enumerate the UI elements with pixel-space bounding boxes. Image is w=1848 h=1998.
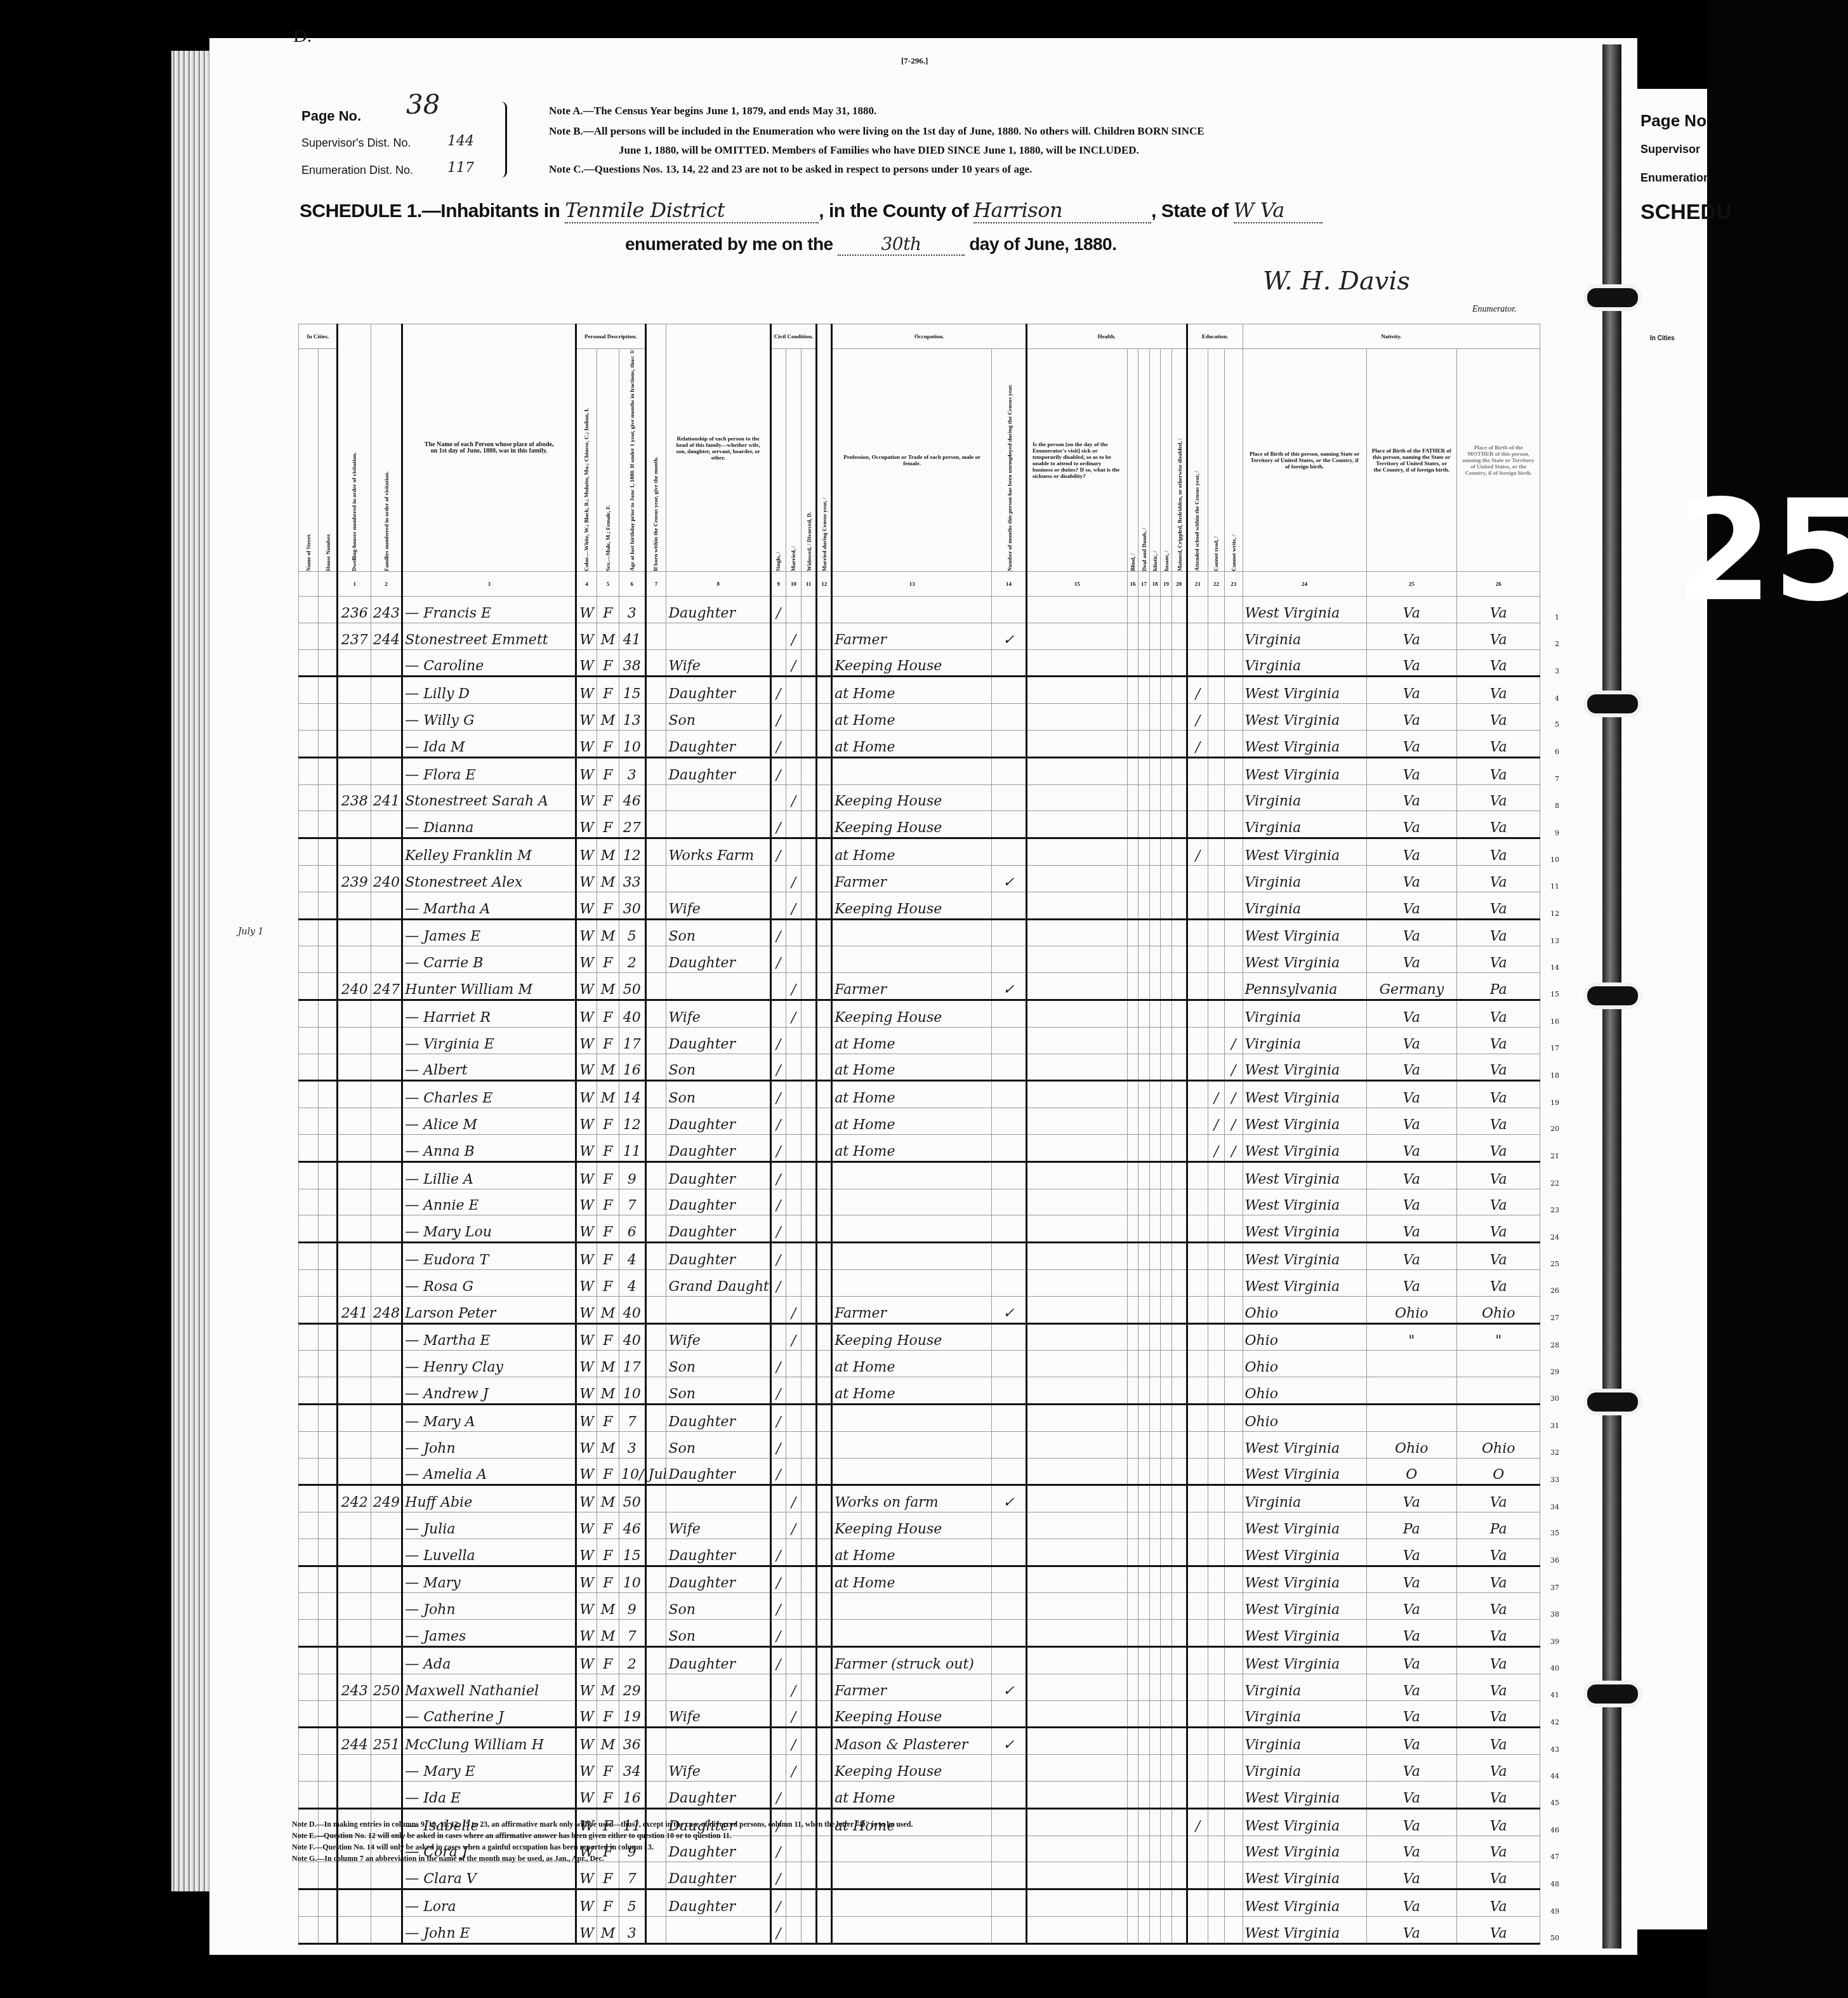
cell-name: — Lillie A xyxy=(402,1161,576,1189)
cell-line: 20 xyxy=(1540,1108,1561,1135)
cell-empty xyxy=(318,919,338,946)
cell-empty xyxy=(1127,649,1138,677)
cell-name: — Charles E xyxy=(402,1081,576,1108)
cell-unemployed xyxy=(992,677,1027,704)
cell-unemployed xyxy=(992,1862,1027,1889)
cell-empty xyxy=(318,1081,338,1108)
cell-empty xyxy=(801,597,816,623)
cell-empty xyxy=(1026,1782,1127,1809)
cell-cannot-read xyxy=(1208,1215,1224,1243)
cell-family xyxy=(371,1647,402,1674)
cell-empty xyxy=(318,597,338,623)
cell-empty xyxy=(801,1108,816,1135)
cell-mother: Va xyxy=(1456,1755,1540,1782)
cell-birth: Virginia xyxy=(1243,892,1366,919)
cell-empty xyxy=(801,1134,816,1161)
cell-empty xyxy=(1138,1377,1150,1405)
cell-empty xyxy=(1161,1700,1172,1728)
cell-name: — Ada xyxy=(402,1647,576,1674)
cell-relation xyxy=(666,811,770,838)
cell-father: Va xyxy=(1366,1889,1456,1917)
cell-sex: F xyxy=(597,946,619,973)
cell-name: — Anna B xyxy=(402,1134,576,1161)
cell-empty xyxy=(1138,784,1150,811)
cell-empty xyxy=(1026,1917,1127,1944)
col-22-header: Cannot read, / xyxy=(1208,349,1224,572)
cell-empty xyxy=(1127,1647,1138,1674)
cell-cannot-read xyxy=(1208,1674,1224,1700)
cell-name: — Francis E xyxy=(402,597,576,623)
cell-month xyxy=(645,1728,666,1755)
cell-empty xyxy=(318,1728,338,1755)
cell-school xyxy=(1187,649,1208,677)
cell-line: 44 xyxy=(1540,1755,1561,1782)
cell-married xyxy=(786,1215,801,1243)
cell-single xyxy=(770,1674,786,1700)
cell-cannot-write xyxy=(1225,1404,1243,1431)
cell-empty xyxy=(1026,730,1127,757)
cell-cannot-read xyxy=(1208,1755,1224,1782)
cell-age: 3 xyxy=(619,1917,645,1944)
cell-father xyxy=(1366,1377,1456,1405)
cell-name: — Henry Clay xyxy=(402,1351,576,1377)
cell-relation: Son xyxy=(666,1081,770,1108)
cell-empty xyxy=(1127,597,1138,623)
cell-relation: Son xyxy=(666,919,770,946)
cell-cannot-read xyxy=(1208,1917,1224,1944)
cell-mother: Va xyxy=(1456,1215,1540,1243)
cell-relation: Son xyxy=(666,1593,770,1620)
cell-empty xyxy=(1171,1000,1187,1027)
cell-father: Va xyxy=(1366,1485,1456,1512)
cell-single: / xyxy=(770,704,786,731)
cell-line: 15 xyxy=(1540,973,1561,1000)
cell-empty xyxy=(1161,1674,1172,1700)
cell-cannot-write xyxy=(1225,973,1243,1000)
cell-empty xyxy=(1161,1593,1172,1620)
col-num xyxy=(318,572,338,597)
cell-empty xyxy=(1138,946,1150,973)
page-no-label: Page No. xyxy=(301,108,361,124)
cell-empty xyxy=(1127,1538,1138,1566)
cell-empty xyxy=(1149,1620,1161,1647)
cell-cannot-read xyxy=(1208,1566,1224,1593)
cell-family: 248 xyxy=(371,1296,402,1323)
cell-empty xyxy=(1138,757,1150,784)
cell-family xyxy=(371,1431,402,1458)
cell-unemployed xyxy=(992,1081,1027,1108)
cell-sex: M xyxy=(597,704,619,731)
cell-empty xyxy=(299,946,319,973)
table-row: — Henry ClayWM17Son/at HomeOhio29 xyxy=(299,1351,1562,1377)
cell-cannot-read xyxy=(1208,1296,1224,1323)
cell-school xyxy=(1187,1054,1208,1081)
cell-empty xyxy=(1127,1674,1138,1700)
cell-dwelling xyxy=(338,1593,371,1620)
cell-age: 2 xyxy=(619,946,645,973)
cell-cannot-write: / xyxy=(1225,1134,1243,1161)
cell-father: Va xyxy=(1366,1081,1456,1108)
cell-relation xyxy=(666,1917,770,1944)
cell-mother xyxy=(1456,1377,1540,1405)
cell-relation xyxy=(666,865,770,892)
cell-occupation: at Home xyxy=(832,1782,992,1809)
cell-mother: Va xyxy=(1456,677,1540,704)
col-num: 22 xyxy=(1208,572,1224,597)
cell-married xyxy=(786,1889,801,1917)
cell-dwelling xyxy=(338,1377,371,1405)
cell-line: 13 xyxy=(1540,919,1561,946)
cell-color: W xyxy=(576,1755,597,1782)
cell-dwelling: 237 xyxy=(338,623,371,649)
cell-family xyxy=(371,1351,402,1377)
table-row: — Rosa GWF4Grand Daughter/West VirginiaV… xyxy=(299,1269,1562,1296)
cell-family xyxy=(371,1323,402,1351)
cell-month xyxy=(645,1431,666,1458)
table-row: 236243— Francis EWF3Daughter/West Virgin… xyxy=(299,597,1562,623)
cell-empty xyxy=(1149,1700,1161,1728)
cell-mother: Va xyxy=(1456,1485,1540,1512)
cell-cannot-write xyxy=(1225,730,1243,757)
cell-single: / xyxy=(770,1081,786,1108)
cell-married: / xyxy=(786,784,801,811)
cell-family: 243 xyxy=(371,597,402,623)
cell-father: Va xyxy=(1366,1134,1456,1161)
cell-empty xyxy=(801,1458,816,1485)
table-row: — Amelia AWF10/12JulyDaughter/West Virgi… xyxy=(299,1458,1562,1485)
table-row: — JohnWM3Son/West VirginiaOhioOhio32 xyxy=(299,1431,1562,1458)
cell-dwelling xyxy=(338,892,371,919)
cell-single: / xyxy=(770,1566,786,1593)
cell-birth: Ohio xyxy=(1243,1323,1366,1351)
cell-color: W xyxy=(576,1862,597,1889)
cell-empty xyxy=(318,865,338,892)
col-7-header: If born within the Census year, give the… xyxy=(645,324,666,572)
cell-relation xyxy=(666,1674,770,1700)
cell-father: Va xyxy=(1366,757,1456,784)
cell-cannot-read xyxy=(1208,1458,1224,1485)
cell-empty xyxy=(1138,1458,1150,1485)
cell-empty xyxy=(1149,1485,1161,1512)
cell-cannot-write: / xyxy=(1225,1054,1243,1081)
cell-mother: Va xyxy=(1456,1000,1540,1027)
cell-empty xyxy=(1149,649,1161,677)
cell-month xyxy=(645,1000,666,1027)
cell-empty xyxy=(801,865,816,892)
cell-empty xyxy=(1161,865,1172,892)
cell-month xyxy=(645,1134,666,1161)
cell-single xyxy=(770,1755,786,1782)
cell-empty xyxy=(1138,865,1150,892)
cell-empty xyxy=(817,1351,832,1377)
cell-cannot-write xyxy=(1225,1917,1243,1944)
cell-empty xyxy=(817,865,832,892)
cell-occupation xyxy=(832,1862,992,1889)
cell-sex: F xyxy=(597,1189,619,1215)
cell-single xyxy=(770,1296,786,1323)
cell-father: Va xyxy=(1366,1538,1456,1566)
cell-empty xyxy=(801,1728,816,1755)
cell-unemployed xyxy=(992,649,1027,677)
cell-birth: Virginia xyxy=(1243,649,1366,677)
cell-line: 8 xyxy=(1540,784,1561,811)
cell-cannot-read xyxy=(1208,730,1224,757)
cell-unemployed xyxy=(992,1836,1027,1862)
cell-birth: Virginia xyxy=(1243,1700,1366,1728)
cell-cannot-read xyxy=(1208,1377,1224,1405)
cell-empty xyxy=(1171,1458,1187,1485)
cell-cannot-write xyxy=(1225,811,1243,838)
cell-father: Va xyxy=(1366,1917,1456,1944)
cell-empty xyxy=(318,1700,338,1728)
cell-empty xyxy=(318,1566,338,1593)
cell-occupation xyxy=(832,1215,992,1243)
cell-empty xyxy=(299,704,319,731)
cell-color: W xyxy=(576,1538,597,1566)
cell-unemployed xyxy=(992,784,1027,811)
cell-father: Va xyxy=(1366,1189,1456,1215)
cell-empty xyxy=(1171,757,1187,784)
cell-empty xyxy=(318,623,338,649)
table-row: — LoraWF5Daughter/West VirginiaVaVa49 xyxy=(299,1889,1562,1917)
cell-empty xyxy=(1161,1269,1172,1296)
cell-family xyxy=(371,1161,402,1189)
cell-single xyxy=(770,1700,786,1728)
cell-single: / xyxy=(770,1431,786,1458)
cell-empty xyxy=(801,1000,816,1027)
cell-empty xyxy=(1161,1215,1172,1243)
cell-mother: Va xyxy=(1456,1243,1540,1270)
cell-relation: Daughter xyxy=(666,1027,770,1054)
cell-school xyxy=(1187,1243,1208,1270)
cell-empty xyxy=(801,811,816,838)
cell-mother: Va xyxy=(1456,1862,1540,1889)
cell-name: — James xyxy=(402,1620,576,1647)
cell-school xyxy=(1187,865,1208,892)
cell-dwelling xyxy=(338,1189,371,1215)
cell-school xyxy=(1187,623,1208,649)
cell-occupation: Keeping House xyxy=(832,892,992,919)
cell-empty xyxy=(1171,1081,1187,1108)
cell-name: Kelley Franklin M xyxy=(402,838,576,866)
cell-empty xyxy=(1149,1108,1161,1135)
cell-empty xyxy=(1127,730,1138,757)
cell-cannot-read xyxy=(1208,1431,1224,1458)
cell-month xyxy=(645,1404,666,1431)
cell-father: Pa xyxy=(1366,1512,1456,1539)
cell-age: 10 xyxy=(619,730,645,757)
cell-married xyxy=(786,1458,801,1485)
cell-sex: F xyxy=(597,1108,619,1135)
col-17-header: Deaf and Dumb, / xyxy=(1138,349,1150,572)
table-row: — Ida EWF16Daughter/at HomeWest Virginia… xyxy=(299,1782,1562,1809)
cell-school xyxy=(1187,1755,1208,1782)
cell-relation: Wife xyxy=(666,892,770,919)
cell-empty xyxy=(1161,623,1172,649)
cell-empty xyxy=(1138,1728,1150,1755)
cell-single: / xyxy=(770,1404,786,1431)
cell-single: / xyxy=(770,1889,786,1917)
cell-empty xyxy=(817,892,832,919)
cell-unemployed: ✓ xyxy=(992,623,1027,649)
table-row: — Eudora TWF4Daughter/West VirginiaVaVa2… xyxy=(299,1243,1562,1270)
cell-cannot-write xyxy=(1225,1189,1243,1215)
cell-occupation: Mason & Plasterer xyxy=(832,1728,992,1755)
cell-occupation: at Home xyxy=(832,1081,992,1108)
cell-month xyxy=(645,730,666,757)
cell-birth: West Virginia xyxy=(1243,1134,1366,1161)
cell-married xyxy=(786,1377,801,1405)
col-1-header: Dwelling-houses numbered in order of vis… xyxy=(338,324,371,572)
cell-occupation: at Home xyxy=(832,1054,992,1081)
cell-cannot-write xyxy=(1225,784,1243,811)
cell-sex: F xyxy=(597,1782,619,1809)
cell-sex: F xyxy=(597,1269,619,1296)
cell-empty xyxy=(1127,784,1138,811)
cell-empty xyxy=(318,649,338,677)
cell-empty xyxy=(817,1485,832,1512)
cell-father: Va xyxy=(1366,1674,1456,1700)
cell-name: — Mary A xyxy=(402,1404,576,1431)
cell-empty xyxy=(318,1351,338,1377)
cell-relation: Daughter xyxy=(666,1862,770,1889)
cell-empty xyxy=(1161,649,1172,677)
cell-single: / xyxy=(770,1620,786,1647)
cell-school xyxy=(1187,1377,1208,1405)
cell-empty xyxy=(1161,811,1172,838)
cell-birth: West Virginia xyxy=(1243,1917,1366,1944)
cell-family xyxy=(371,1108,402,1135)
cell-occupation: Farmer xyxy=(832,623,992,649)
col-21-header: Attended school within the Census year, … xyxy=(1187,349,1208,572)
cell-empty xyxy=(1127,1161,1138,1189)
col-26-header: Place of Birth of the MOTHER of this per… xyxy=(1456,349,1540,572)
cell-empty xyxy=(299,1000,319,1027)
cell-unemployed xyxy=(992,1351,1027,1377)
cell-cannot-read xyxy=(1208,946,1224,973)
cell-empty xyxy=(1171,1512,1187,1539)
cell-empty xyxy=(817,919,832,946)
cell-age: 16 xyxy=(619,1782,645,1809)
cell-father: Va xyxy=(1366,811,1456,838)
cell-name: — Mary E xyxy=(402,1755,576,1782)
cell-cannot-read xyxy=(1208,919,1224,946)
cell-empty xyxy=(1127,1566,1138,1593)
cell-mother: Pa xyxy=(1456,1512,1540,1539)
enumeration-label: Enumeration Dist. No. xyxy=(301,164,413,177)
cell-empty xyxy=(1026,1351,1127,1377)
cell-mother: Va xyxy=(1456,865,1540,892)
cell-empty xyxy=(1161,1566,1172,1593)
cell-empty xyxy=(1138,1836,1150,1862)
cell-occupation: Keeping House xyxy=(832,1000,992,1027)
cell-father: Va xyxy=(1366,1027,1456,1054)
cell-cannot-write xyxy=(1225,1243,1243,1270)
cell-empty xyxy=(817,1000,832,1027)
cell-dwelling xyxy=(338,1889,371,1917)
cell-school xyxy=(1187,946,1208,973)
cell-color: W xyxy=(576,1674,597,1700)
cell-family: 247 xyxy=(371,973,402,1000)
cell-color: W xyxy=(576,946,597,973)
cell-name: — Catherine J xyxy=(402,1700,576,1728)
cell-empty xyxy=(318,1889,338,1917)
col-2-header: Families numbered in order of visitation… xyxy=(371,324,402,572)
col-house-header: House Number. xyxy=(318,349,338,572)
cell-single: / xyxy=(770,677,786,704)
cell-single: / xyxy=(770,1351,786,1377)
cell-occupation: Keeping House xyxy=(832,1700,992,1728)
cell-line: 48 xyxy=(1540,1862,1561,1889)
cell-empty xyxy=(1161,1081,1172,1108)
cell-father: Ohio xyxy=(1366,1296,1456,1323)
cell-month xyxy=(645,1377,666,1405)
cell-empty xyxy=(1138,1000,1150,1027)
cell-cannot-write xyxy=(1225,1323,1243,1351)
table-row: — Mary AWF7Daughter/Ohio31 xyxy=(299,1404,1562,1431)
cell-color: W xyxy=(576,1782,597,1809)
cell-name: — James E xyxy=(402,919,576,946)
cell-birth: West Virginia xyxy=(1243,1512,1366,1539)
cell-empty xyxy=(1149,1808,1161,1836)
cell-mother: Va xyxy=(1456,1593,1540,1620)
cell-mother: Ohio xyxy=(1456,1431,1540,1458)
cell-sex: F xyxy=(597,1647,619,1674)
cell-unemployed xyxy=(992,1782,1027,1809)
cell-birth: Virginia xyxy=(1243,811,1366,838)
cell-sex: M xyxy=(597,1351,619,1377)
cell-relation: Wife xyxy=(666,1755,770,1782)
cell-color: W xyxy=(576,1512,597,1539)
cell-color: W xyxy=(576,1134,597,1161)
cell-sex: F xyxy=(597,1538,619,1566)
cell-month xyxy=(645,1296,666,1323)
cell-line: 34 xyxy=(1540,1485,1561,1512)
cell-married xyxy=(786,1108,801,1135)
cell-cannot-write xyxy=(1225,892,1243,919)
cell-empty xyxy=(1161,1538,1172,1566)
cell-age: 5 xyxy=(619,1889,645,1917)
cell-relation: Wife xyxy=(666,1000,770,1027)
cell-birth: Virginia xyxy=(1243,1755,1366,1782)
cell-empty xyxy=(1161,677,1172,704)
cell-mother: Va xyxy=(1456,1108,1540,1135)
cell-empty xyxy=(1149,704,1161,731)
col-6-header: Age at last birthday prior to June 1, 18… xyxy=(619,349,645,572)
cell-cannot-write xyxy=(1225,1836,1243,1862)
cell-empty xyxy=(1026,1323,1127,1351)
cell-empty xyxy=(1161,1000,1172,1027)
cell-color: W xyxy=(576,1485,597,1512)
schedule-title: SCHEDULE 1.—Inhabitants in Tenmile Distr… xyxy=(300,198,1323,223)
cell-empty xyxy=(801,1054,816,1081)
cell-age: 6 xyxy=(619,1215,645,1243)
cell-color: W xyxy=(576,1081,597,1108)
cell-line: 18 xyxy=(1540,1054,1561,1081)
cell-family xyxy=(371,1593,402,1620)
cell-line: 35 xyxy=(1540,1512,1561,1539)
cell-color: W xyxy=(576,677,597,704)
cell-occupation: Keeping House xyxy=(832,811,992,838)
cell-empty xyxy=(1149,811,1161,838)
cell-line: 7 xyxy=(1540,757,1561,784)
cell-empty xyxy=(318,1108,338,1135)
cell-birth: Ohio xyxy=(1243,1296,1366,1323)
cell-relation: Daughter xyxy=(666,1161,770,1189)
cell-married xyxy=(786,946,801,973)
cell-relation: Wife xyxy=(666,1323,770,1351)
cell-married xyxy=(786,1027,801,1054)
